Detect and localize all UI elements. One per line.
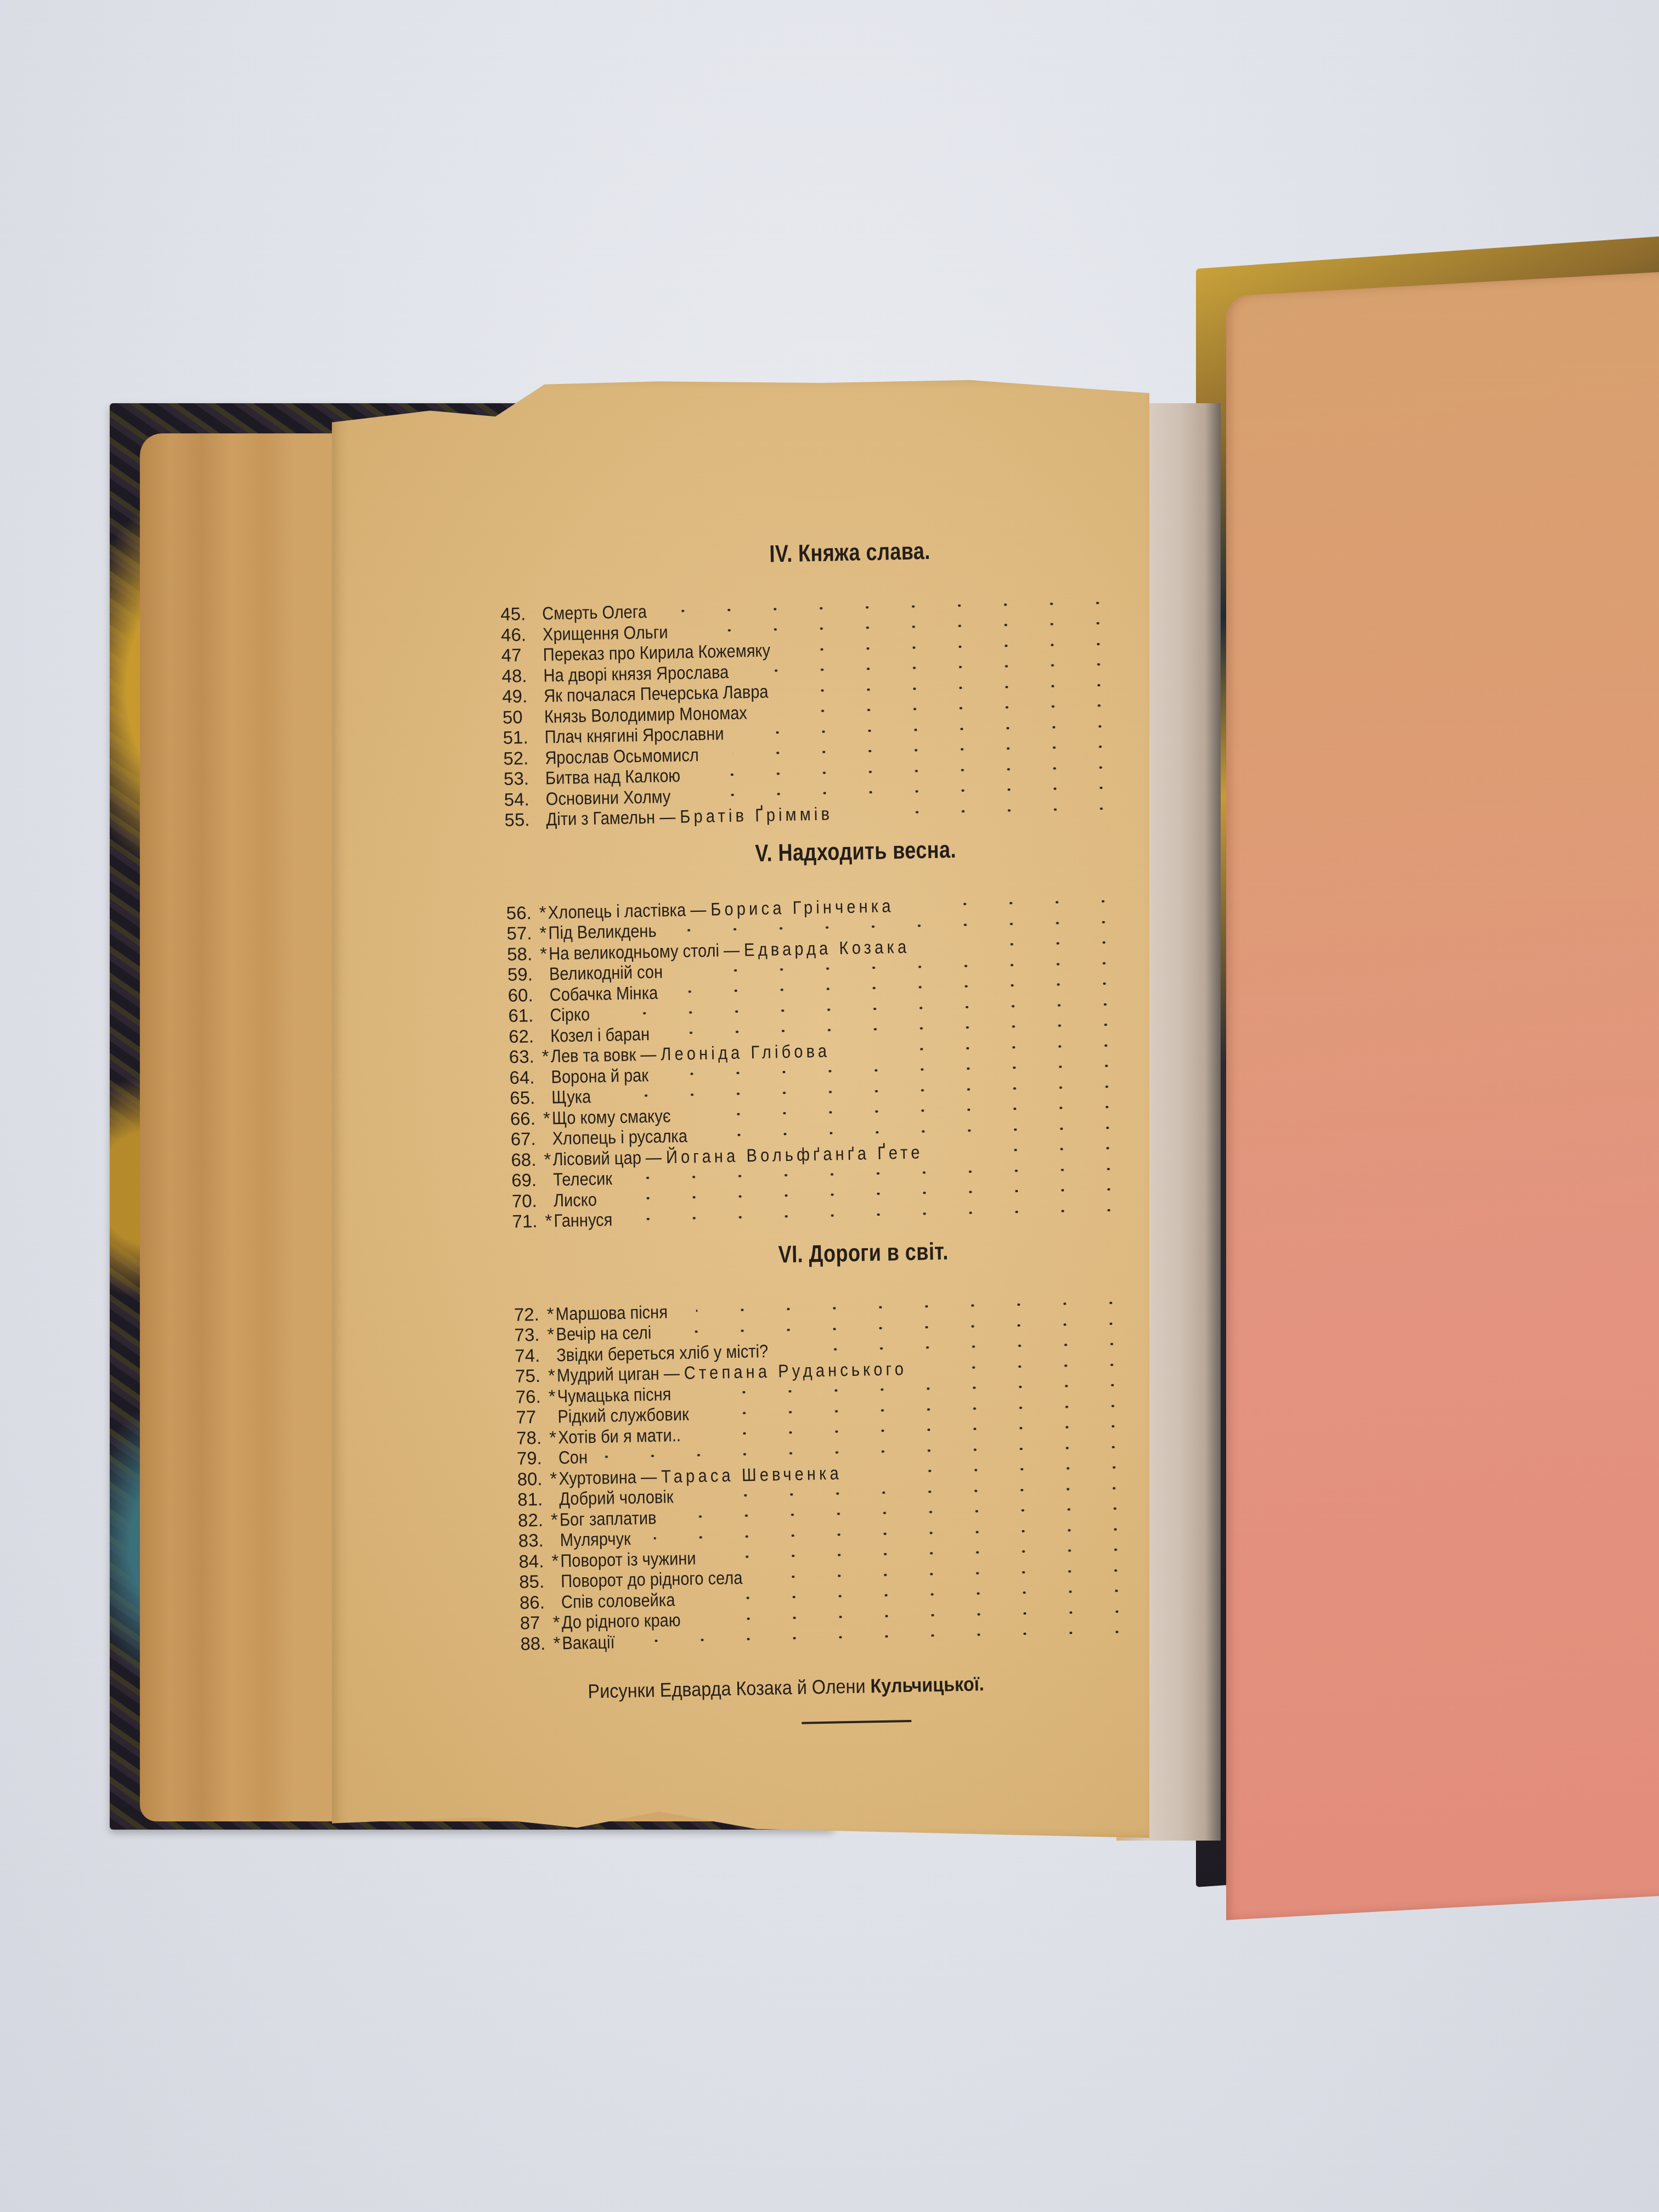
dot-leader bbox=[788, 704, 1122, 713]
dot-leader bbox=[712, 766, 1124, 776]
dot-leader bbox=[727, 1548, 1138, 1558]
entry-number: 45. bbox=[500, 603, 534, 624]
entry-number: 66. bbox=[510, 1108, 544, 1128]
dot-leader bbox=[780, 1569, 1139, 1578]
dot-leader bbox=[608, 1003, 1128, 1015]
asterisk-marker: * bbox=[545, 1210, 554, 1231]
dot-leader bbox=[710, 1610, 1139, 1621]
asterisk-marker: * bbox=[543, 1108, 552, 1128]
entry-author: Тараса Шевченка bbox=[661, 1463, 842, 1486]
credits-prefix: Рисунки Едварда Козака й Олени bbox=[588, 1675, 866, 1703]
toc-list-v: 56.*Хлопець і ластівка — Бориса Грінченк… bbox=[506, 891, 1132, 1232]
entry-number: 48. bbox=[501, 665, 535, 686]
entry-title-text: Хлопець і русалка bbox=[552, 1126, 687, 1149]
entry-title: Ворона й рак bbox=[551, 1064, 648, 1086]
dot-leader bbox=[683, 1507, 1138, 1518]
entry-title-text: Сон bbox=[558, 1447, 588, 1468]
entry-title: Плач княгині Ярославни bbox=[544, 723, 724, 747]
dot-leader bbox=[701, 786, 1124, 797]
entry-number: 79. bbox=[517, 1448, 550, 1469]
entry-title-text: Поворот із чужини bbox=[560, 1548, 696, 1571]
entry-author: Едварда Козака bbox=[744, 936, 910, 960]
entry-number: 59. bbox=[507, 964, 541, 985]
entry-title-text: На великодньому столі — bbox=[549, 939, 740, 963]
dot-leader bbox=[653, 1528, 1138, 1539]
dot-leader bbox=[696, 1301, 1134, 1312]
dot-leader bbox=[676, 1023, 1128, 1034]
entry-number: 69. bbox=[511, 1170, 545, 1190]
entry-number: 52. bbox=[503, 747, 537, 768]
entry-number: 83. bbox=[518, 1530, 551, 1551]
entry-title-text: Рідкий службовик bbox=[557, 1404, 689, 1427]
dot-leader bbox=[810, 1342, 1135, 1351]
entry-number: 65. bbox=[510, 1087, 543, 1108]
entry-title-text: Лев та вовк — bbox=[551, 1044, 657, 1066]
entry-title-text: Битва над Калкою bbox=[545, 765, 681, 788]
entry-title-text: Сірко bbox=[550, 1004, 590, 1025]
dot-leader bbox=[733, 745, 1123, 755]
asterisk-marker: * bbox=[551, 1509, 560, 1530]
asterisk-marker: * bbox=[549, 1427, 558, 1447]
dot-leader bbox=[968, 1363, 1135, 1369]
toc-content: IV. Княжа слава. 45.Смерть Олега 46.Хрищ… bbox=[499, 534, 1142, 1729]
entry-title: Смерть Олега bbox=[542, 601, 647, 624]
dot-leader bbox=[635, 1630, 1141, 1643]
entry-title: На дворі князя Ярослава bbox=[543, 662, 729, 685]
entry-title: Собачка Мінка bbox=[549, 982, 658, 1005]
dot-leader bbox=[812, 684, 1122, 692]
dot-leader bbox=[700, 1105, 1130, 1116]
entry-number: 57. bbox=[506, 923, 540, 944]
dot-leader bbox=[605, 1446, 1136, 1458]
entry-number: 56. bbox=[506, 902, 539, 923]
entry-author: Леоніда Глібова bbox=[661, 1041, 831, 1064]
entry-title: Поворот до рідного села bbox=[561, 1567, 743, 1591]
entry-number: 55. bbox=[504, 809, 538, 830]
entry-number: 63. bbox=[509, 1046, 543, 1067]
entry-title: Добрий чоловік bbox=[559, 1486, 674, 1509]
entry-number: 64. bbox=[509, 1066, 543, 1087]
entry-number: 49. bbox=[502, 686, 535, 707]
asterisk-marker: * bbox=[548, 1386, 557, 1406]
entry-number: 46. bbox=[501, 624, 534, 645]
entry-title-text: Хрищення Ольги bbox=[543, 622, 668, 644]
entry-title: Що кому смакує bbox=[552, 1105, 671, 1128]
entry-number: 54. bbox=[504, 788, 538, 809]
entry-title-text: До рідного краю bbox=[561, 1610, 681, 1632]
entry-number: 58. bbox=[507, 943, 540, 964]
entry-number: 61. bbox=[508, 1005, 541, 1026]
entry-title: Козел і баран bbox=[550, 1023, 650, 1045]
entry-number: 84. bbox=[518, 1550, 552, 1571]
entry-number: 76. bbox=[515, 1386, 549, 1407]
entry-title-text: Хуртовина — bbox=[558, 1466, 657, 1488]
entry-title-text: Князь Володимир Мономах bbox=[544, 702, 748, 726]
entry-title-text: Вакації bbox=[562, 1632, 615, 1653]
entry-number: 88. bbox=[520, 1633, 554, 1654]
dot-leader bbox=[719, 1126, 1130, 1136]
entry-title-text: Спів соловейка bbox=[561, 1589, 675, 1612]
entry-title: Вакації bbox=[562, 1632, 615, 1653]
section-heading-v: V. Надходить весна. bbox=[561, 834, 1069, 871]
entry-title: Основини Холму bbox=[546, 786, 671, 809]
entry-title-text: Плач княгині Ярославни bbox=[544, 723, 724, 747]
toc-list-iv: 45.Смерть Олега 46.Хрищення Ольги 47Пере… bbox=[500, 592, 1125, 830]
asterisk-marker: * bbox=[550, 1468, 559, 1488]
entry-number: 71. bbox=[512, 1211, 545, 1232]
entry-number: 75. bbox=[515, 1365, 549, 1386]
entry-title: Під Великдень bbox=[548, 921, 657, 943]
entry-number: 86. bbox=[520, 1592, 553, 1612]
asterisk-marker: * bbox=[540, 943, 549, 963]
entry-number: 74. bbox=[515, 1345, 548, 1365]
entry-title: Телесик bbox=[553, 1168, 613, 1189]
entry-title-text: Великодній сон bbox=[549, 961, 663, 984]
entry-title-text: Маршова пісня bbox=[556, 1301, 668, 1324]
entry-title: Сірко bbox=[550, 1004, 590, 1025]
entry-number: 53. bbox=[504, 768, 537, 789]
entry-title: Ярослав Осьмомисл bbox=[545, 744, 699, 768]
dot-leader bbox=[972, 941, 1127, 946]
dot-leader bbox=[761, 725, 1122, 734]
dot-leader bbox=[710, 1425, 1136, 1435]
entry-number: 78. bbox=[516, 1427, 550, 1448]
dot-leader bbox=[634, 1167, 1131, 1179]
entry-number: 73. bbox=[514, 1324, 548, 1345]
entry-number: 68. bbox=[511, 1149, 544, 1170]
entry-title-text: Під Великдень bbox=[548, 921, 657, 943]
entry-title-text: Основини Холму bbox=[546, 786, 671, 809]
entry-number: 50 bbox=[503, 706, 536, 727]
endpaper-salmon bbox=[1226, 270, 1659, 1920]
asterisk-marker: * bbox=[539, 922, 549, 943]
entry-number: 81. bbox=[517, 1489, 551, 1510]
entry-number: 62. bbox=[509, 1025, 542, 1046]
section-heading-vi: VI. Дороги в світ. bbox=[568, 1235, 1077, 1273]
entry-title: Лиско bbox=[554, 1189, 597, 1210]
dot-leader bbox=[814, 642, 1121, 651]
entry-number: 70. bbox=[512, 1190, 545, 1211]
entry-title-text: Бог заплатив bbox=[560, 1507, 657, 1529]
entry-title-text: Козел і баран bbox=[550, 1023, 650, 1045]
entry-number: 72. bbox=[514, 1304, 548, 1324]
entry-title: Сон bbox=[558, 1447, 588, 1468]
entry-title: Маршова пісня bbox=[556, 1301, 668, 1324]
entry-title-text: Телесик bbox=[553, 1168, 613, 1189]
entry-number: 87 bbox=[520, 1612, 553, 1633]
entry-title-text: Діти з Гамельн — bbox=[546, 806, 675, 830]
entry-author: Бориса Грінченка bbox=[710, 895, 894, 919]
entry-title-text: Хлопець і ластівка — bbox=[548, 899, 706, 922]
entry-title-text: Ворона й рак bbox=[551, 1064, 648, 1086]
entry-number: 51. bbox=[503, 727, 536, 748]
entry-number: 60. bbox=[507, 984, 541, 1005]
entry-title-text: Ярослав Осьмомисл bbox=[545, 744, 699, 768]
entry-title-text: Вечір на селі bbox=[556, 1322, 651, 1344]
asterisk-marker: * bbox=[539, 902, 548, 922]
entry-title-text: Собачка Мінка bbox=[549, 982, 658, 1005]
entry-number: 47 bbox=[501, 645, 534, 665]
asterisk-marker: * bbox=[544, 1149, 553, 1169]
dot-leader bbox=[882, 1044, 1129, 1051]
entry-title: Спів соловейка bbox=[561, 1589, 675, 1612]
entry-title-text: Що кому смакує bbox=[552, 1105, 671, 1128]
entry-title-text: Мулярчук bbox=[560, 1528, 631, 1550]
entry-author: Братів Ґріммів bbox=[680, 803, 833, 826]
entry-title: Поворот із чужини bbox=[560, 1548, 696, 1571]
dot-leader bbox=[675, 1064, 1129, 1075]
entry-number: 82. bbox=[518, 1509, 551, 1530]
dot-leader bbox=[767, 663, 1121, 672]
asterisk-marker: * bbox=[547, 1324, 556, 1344]
dot-leader bbox=[704, 1589, 1139, 1600]
entry-title: Хотів би я мати.. bbox=[558, 1424, 681, 1447]
entry-title: Чумацька пісня bbox=[557, 1384, 671, 1406]
dot-leader bbox=[616, 1188, 1132, 1200]
dot-leader bbox=[699, 1384, 1135, 1394]
dot-leader bbox=[686, 982, 1128, 992]
dot-leader bbox=[684, 921, 1126, 931]
asterisk-marker: * bbox=[542, 1046, 551, 1066]
illustration-credits: Рисунки Едварда Козака й Олени Кульчицьк… bbox=[521, 1671, 1080, 1705]
entry-title-text: Поворот до рідного села bbox=[561, 1567, 743, 1591]
entry-title: Бог заплатив bbox=[560, 1507, 657, 1529]
asterisk-marker: * bbox=[552, 1612, 562, 1632]
dot-leader bbox=[885, 807, 1124, 814]
entry-number: 80. bbox=[517, 1468, 550, 1489]
entry-title: Рідкий службовик bbox=[557, 1404, 689, 1427]
dot-leader bbox=[698, 622, 1121, 633]
entry-author: Степана Руданського bbox=[684, 1358, 907, 1383]
asterisk-marker: * bbox=[547, 1304, 556, 1324]
entry-title-text: Ганнуся bbox=[554, 1209, 612, 1231]
entry-number: 85. bbox=[519, 1571, 552, 1592]
toc-list-vi: 72.*Маршова пісня 73.*Вечір на селі 74.З… bbox=[514, 1293, 1141, 1654]
entry-title: Щука bbox=[551, 1086, 591, 1107]
entry-title-text: Лиско bbox=[554, 1189, 597, 1210]
entry-title-text: Добрий чоловік bbox=[559, 1486, 674, 1509]
entry-title: Князь Володимир Мономах bbox=[544, 702, 748, 726]
dot-leader bbox=[955, 900, 1126, 905]
entry-title: Вечір на селі bbox=[556, 1322, 651, 1344]
asterisk-marker: * bbox=[551, 1550, 561, 1571]
entry-title: Хлопець і русалка bbox=[552, 1126, 687, 1149]
dot-leader bbox=[894, 1466, 1137, 1473]
entry-title-text: На дворі князя Ярослава bbox=[543, 662, 729, 685]
entry-title-text: Мудрий циган — bbox=[557, 1363, 680, 1385]
entry-title-text: Хотів би я мати.. bbox=[558, 1424, 681, 1447]
credits-emphasis: Кульчицької. bbox=[870, 1672, 984, 1697]
dot-leader bbox=[702, 1487, 1137, 1497]
entry-number: 67. bbox=[510, 1128, 544, 1149]
dot-leader bbox=[674, 601, 1120, 612]
dot-leader bbox=[678, 1322, 1135, 1333]
asterisk-marker: * bbox=[548, 1365, 557, 1385]
entry-title-text: Лісовий цар — bbox=[552, 1147, 662, 1169]
entry-title: Ганнуся bbox=[554, 1209, 612, 1231]
entry-number: 77 bbox=[516, 1407, 549, 1427]
entry-title-text: Смерть Олега bbox=[542, 601, 647, 624]
entry-title-text: Щука bbox=[551, 1086, 591, 1107]
entry-title-text: Чумацька пісня bbox=[557, 1384, 671, 1406]
dot-leader bbox=[610, 1085, 1130, 1097]
asterisk-marker: * bbox=[553, 1633, 562, 1653]
entry-title: Мулярчук bbox=[560, 1528, 631, 1550]
entry-title: Хрищення Ольги bbox=[543, 622, 668, 644]
dot-leader bbox=[986, 1147, 1131, 1152]
entry-title: До рідного краю bbox=[561, 1610, 681, 1632]
entry-title: Битва над Калкою bbox=[545, 765, 681, 788]
entry-title: Великодній сон bbox=[549, 961, 663, 984]
dot-leader bbox=[634, 1209, 1132, 1220]
dot-leader bbox=[691, 962, 1127, 972]
dot-leader bbox=[720, 1404, 1136, 1415]
